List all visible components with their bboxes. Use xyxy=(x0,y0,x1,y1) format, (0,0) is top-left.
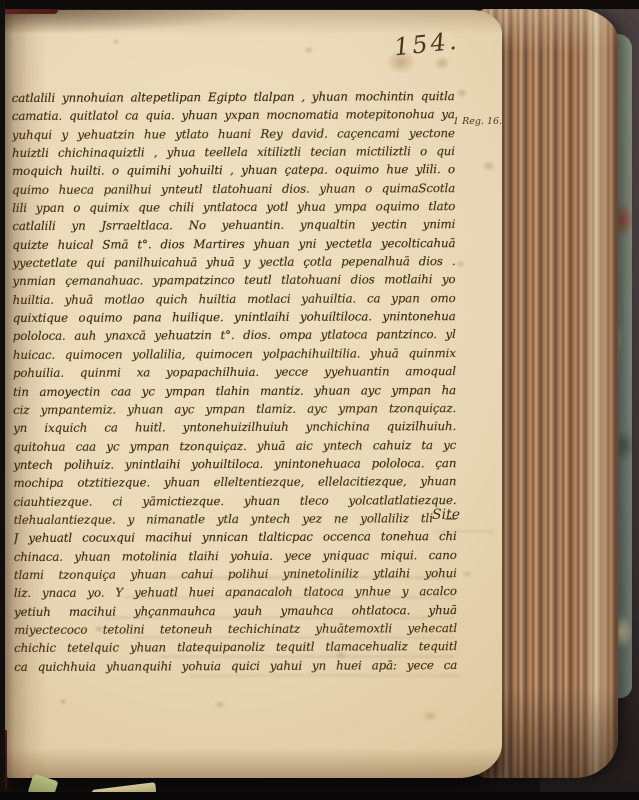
manuscript-line-20: quitohua caa yc ympan tzonquiçaz. yhuā a… xyxy=(13,436,456,456)
manuscript-line-12: huiltia. yhuā motlao quich huiltia motla… xyxy=(13,289,456,309)
manuscript-page: 154. 1 Reg. 16. Site catlalili ynnohuian… xyxy=(4,10,502,778)
manuscript-line-27: tlami tzonquiça yhuan cahui polihui ynin… xyxy=(14,564,457,584)
manuscript-text-block: catlalili ynnohuian altepetlipan Egipto … xyxy=(12,87,458,685)
manuscript-line-22: mochipa otztitiezque. yhuan elleltentiez… xyxy=(13,472,456,492)
manuscript-line-26: chinaca. yhuan motolinia tlaihi yohuia. … xyxy=(14,546,457,566)
manuscript-line-4: huiztli chichinaquiztli , yhua teellela … xyxy=(12,142,455,162)
manuscript-line-14: pololoca. auh ynaxcā yehuatzin t°. dios.… xyxy=(13,326,456,346)
photo-border-left xyxy=(0,0,5,800)
manuscript-line-1: catlalili ynnohuian altepetlipan Egipto … xyxy=(12,87,455,107)
photo-border-top xyxy=(0,0,639,9)
manuscript-line-2: camatia. quitlatol ca quia. yhuan yxpan … xyxy=(12,105,455,125)
manuscript-line-24: tlehualantiezque. y nimanatle ytla yntec… xyxy=(14,509,457,529)
manuscript-line-11: ynmian çemanahuac. ypampatzinco teutl tl… xyxy=(13,270,456,290)
manuscript-line-5: moquich huilti. o quimihi yohuilti , yhu… xyxy=(12,160,455,180)
photo-border-bottom xyxy=(0,792,639,800)
manuscript-line-29: yetiuh macihui yhçanmauhca yauh ymauhca … xyxy=(14,601,457,621)
manuscript-line-7: lili ypan o quimix que chili yntlatoca y… xyxy=(12,197,455,217)
manuscript-line-28: liz. ynaca yo. Y yehuatl huei apanacaloh… xyxy=(14,582,457,602)
page-number: 154. xyxy=(393,27,461,62)
manuscript-line-13: quixtique oquimo pana huilique. ynintlai… xyxy=(13,307,456,327)
manuscript-line-6: quimo hueca panilhui ynteutl tlatohuani … xyxy=(12,179,455,199)
manuscript-line-30: miyectecoco tetolini tetoneuh techichina… xyxy=(14,619,457,639)
margin-note-reg: 1 Reg. 16. xyxy=(453,116,502,127)
manuscript-line-16: pohuilia. quinmi xa yopapachilhuia. yecc… xyxy=(13,362,456,382)
manuscript-photo: 154. 1 Reg. 16. Site catlalili ynnohuian… xyxy=(0,0,639,800)
manuscript-line-10: yyectetlate qui panilhuicahuā yhuā y yec… xyxy=(12,252,455,272)
manuscript-line-18: ciz ympantemiz. yhuan ayc ympan tlamiz. … xyxy=(13,399,456,419)
manuscript-line-21: yntech polihuiz. ynintlaihi yohuiltiloca… xyxy=(13,454,456,474)
manuscript-line-9: quizte huical Smā t°. dios Martires yhua… xyxy=(12,234,455,254)
manuscript-line-15: huicac. quimocen yollalilia, quimocen yo… xyxy=(13,344,456,364)
manuscript-line-25: J yehuatl cocuxqui macihui ynnican tlalt… xyxy=(14,527,457,547)
manuscript-line-31: chichic tetelquic yhuan tlatequipanoliz … xyxy=(14,637,457,657)
manuscript-line-19: yn ixquich ca huitl. yntonehuizilhuiuh y… xyxy=(13,417,456,437)
manuscript-line-8: catlalili yn Jsrraeltlaca. No yehuantin.… xyxy=(12,215,455,235)
manuscript-line-3: yuhqui y yehuatzin hue ytlato huani Rey … xyxy=(12,124,455,144)
manuscript-line-17: tin amoyectin caa yc ympan tlahin mantiz… xyxy=(13,381,456,401)
manuscript-line-32: ca quichhuia yhuanquihi yohuia quici yah… xyxy=(14,656,457,676)
manuscript-line-23: ciauhtiezque. ci yāmictiezque. yhuan tle… xyxy=(13,491,456,511)
